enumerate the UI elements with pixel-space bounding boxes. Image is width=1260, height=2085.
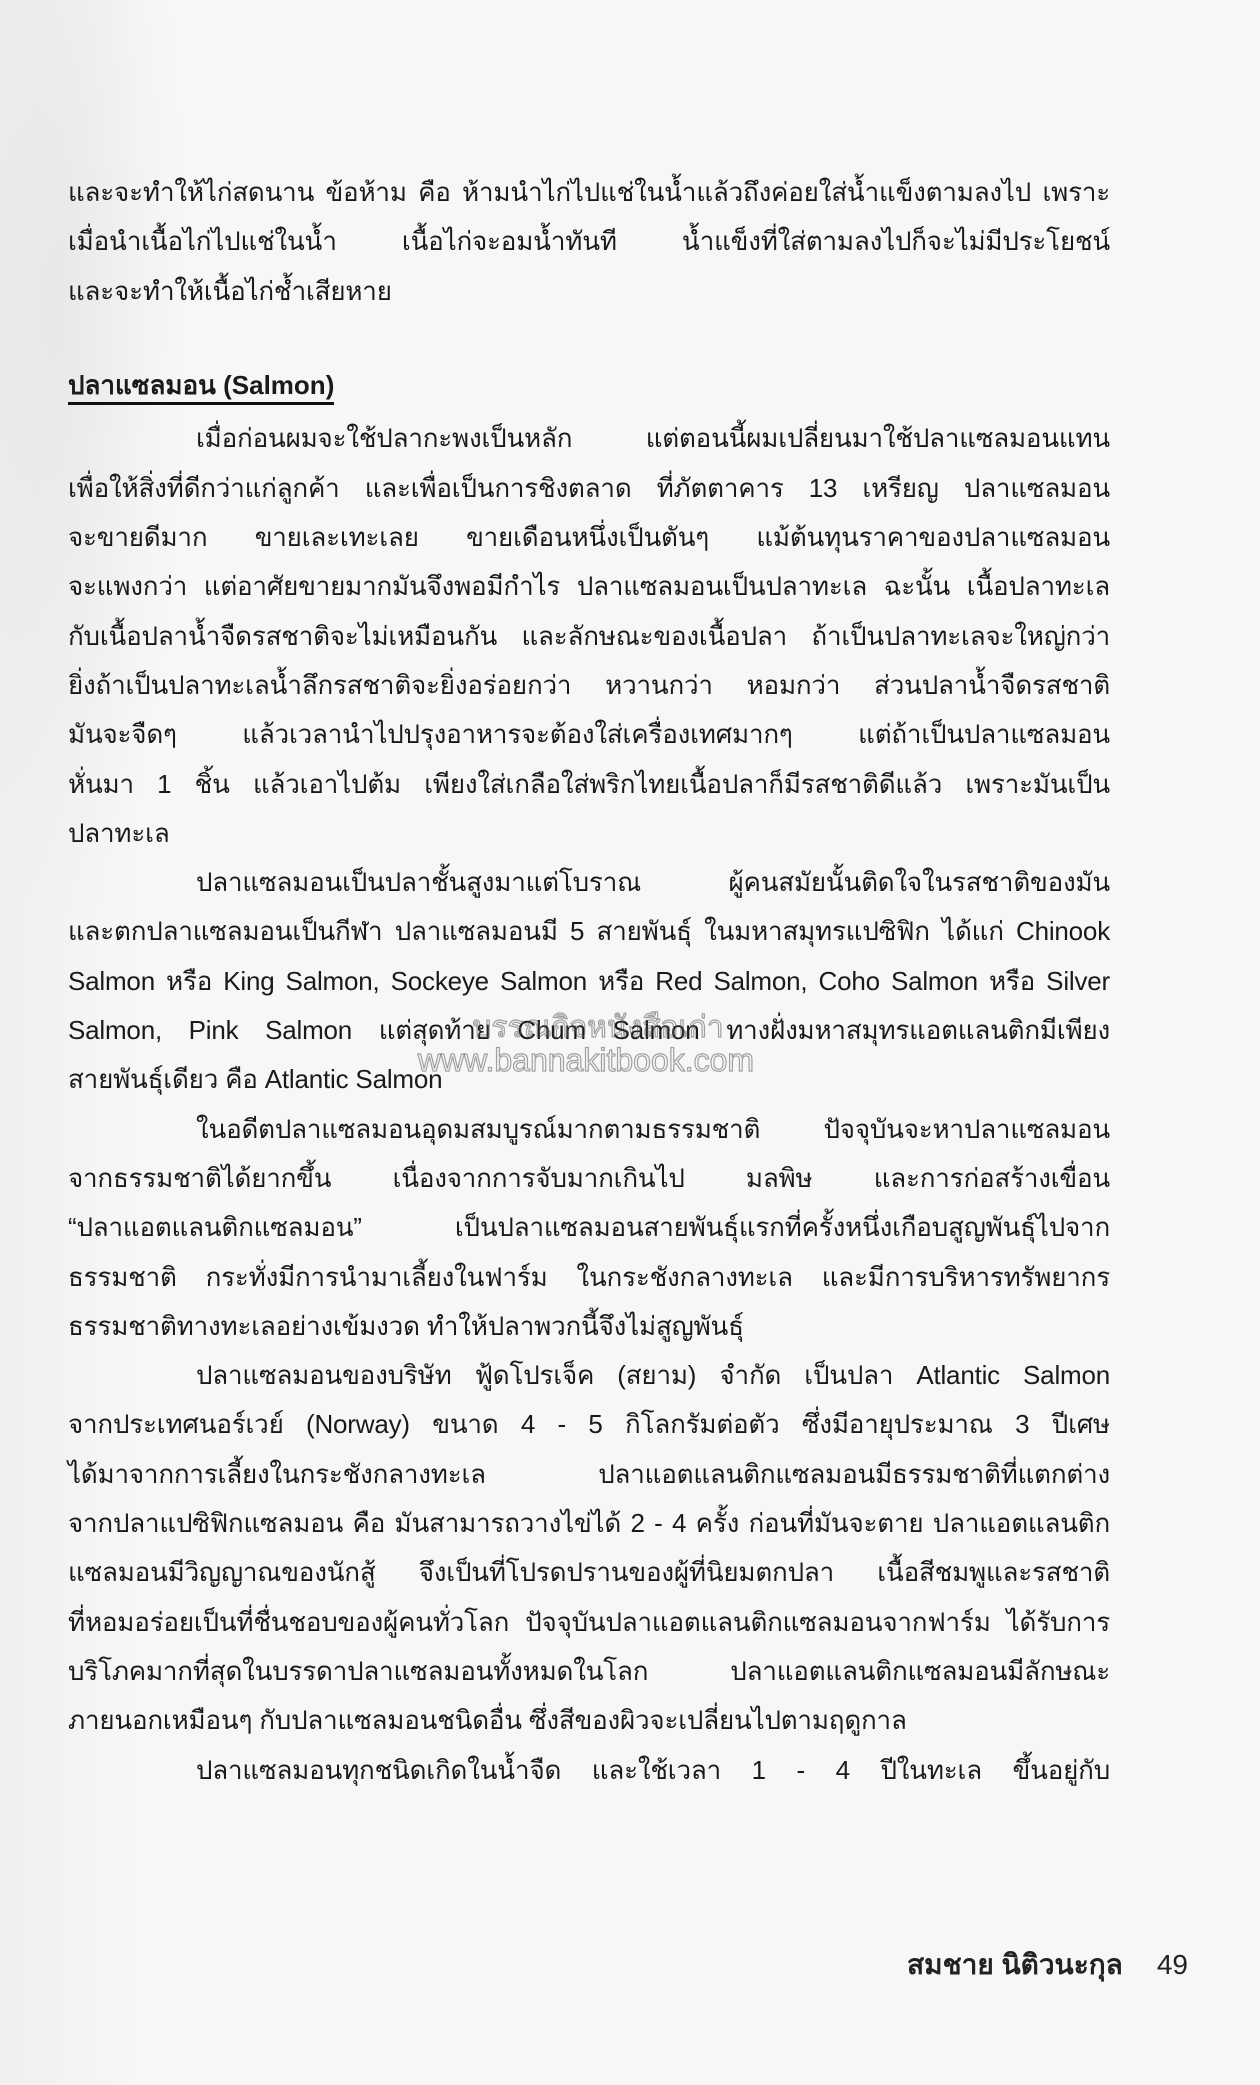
paragraph-line: ปลาแซลมอนทุกชนิดเกิดในน้ำจืด และใช้เวลา … bbox=[68, 1746, 1110, 1795]
paragraph-line: จากประเทศนอร์เวย์ (Norway) ขนาด 4 - 5 กิ… bbox=[68, 1400, 1110, 1449]
page-footer: สมชาย นิติวนะกุล 49 bbox=[907, 1943, 1188, 1987]
paragraph-line: ธรรมชาติทางทะเลอย่างเข้มงวด ทำให้ปลาพวกน… bbox=[68, 1302, 1110, 1351]
paragraph-line: จะขายดีมาก ขายเละเทะเลย ขายเดือนหนึ่งเป็… bbox=[68, 513, 1110, 562]
paragraph: ปลาแซลมอนเป็นปลาชั้นสูงมาแต่โบราณ ผู้คนส… bbox=[68, 858, 1110, 1104]
footer-author: สมชาย นิติวนะกุล bbox=[907, 1943, 1123, 1987]
paragraph: เมื่อก่อนผมจะใช้ปลากะพงเป็นหลัก แต่ตอนนี… bbox=[68, 414, 1110, 858]
paragraph: ในอดีตปลาแซลมอนอุดมสมบูรณ์มากตามธรรมชาติ… bbox=[68, 1105, 1110, 1351]
paragraph-line: จากปลาแปซิฟิกแซลมอน คือ มันสามารถวางไข่ไ… bbox=[68, 1499, 1110, 1548]
intro-line: และจะทำให้ไก่สดนาน ข้อห้าม คือ ห้ามนำไก่… bbox=[68, 168, 1110, 217]
paragraph-line: มันจะจืดๆ แล้วเวลานำไปปรุงอาหารจะต้องใส่… bbox=[68, 710, 1110, 759]
paragraph-line: และตกปลาแซลมอนเป็นกีฬา ปลาแซลมอนมี 5 สาย… bbox=[68, 907, 1110, 956]
intro-line: เมื่อนำเนื้อไก่ไปแช่ในน้ำ เนื้อไก่จะอมน้… bbox=[68, 217, 1110, 266]
paragraph-line: ยิ่งถ้าเป็นปลาทะเลน้ำลึกรสชาติจะยิ่งอร่อ… bbox=[68, 661, 1110, 710]
paragraph-line: ภายนอกเหมือนๆ กับปลาแซลมอนชนิดอื่น ซึ่งส… bbox=[68, 1696, 1110, 1745]
intro-line: และจะทำให้เนื้อไก่ช้ำเสียหาย bbox=[68, 267, 1110, 316]
paragraph-line: แซลมอนมีวิญญาณของนักสู้ จึงเป็นที่โปรดปร… bbox=[68, 1548, 1110, 1597]
page-body: และจะทำให้ไก่สดนาน ข้อห้าม คือ ห้ามนำไก่… bbox=[68, 168, 1110, 1795]
paragraph-line: ปลาแซลมอนของบริษัท ฟู้ดโปรเจ็ค (สยาม) จำ… bbox=[68, 1351, 1110, 1400]
paragraph-line: จากธรรมชาติได้ยากขึ้น เนื่องจากการจับมาก… bbox=[68, 1154, 1110, 1203]
paragraph-line: จะแพงกว่า แต่อาศัยขายมากมันจึงพอมีกำไร ป… bbox=[68, 562, 1110, 611]
paragraph-line: ธรรมชาติ กระทั่งมีการนำมาเลี้ยงในฟาร์ม ใ… bbox=[68, 1253, 1110, 1302]
paragraph-line: ได้มาจากการเลี้ยงในกระชังกลางทะเล ปลาแอต… bbox=[68, 1450, 1110, 1499]
paragraph-line: Salmon หรือ King Salmon, Sockeye Salmon … bbox=[68, 957, 1110, 1006]
paragraph-line: เมื่อก่อนผมจะใช้ปลากะพงเป็นหลัก แต่ตอนนี… bbox=[68, 414, 1110, 463]
paragraph-line: กับเนื้อปลาน้ำจืดรสชาติจะไม่เหมือนกัน แล… bbox=[68, 612, 1110, 661]
paragraph-line: เพื่อให้สิ่งที่ดีกว่าแก่ลูกค้า และเพื่อเ… bbox=[68, 464, 1110, 513]
paragraph-line: ปลาแซลมอนเป็นปลาชั้นสูงมาแต่โบราณ ผู้คนส… bbox=[68, 858, 1110, 907]
paragraph: ปลาแซลมอนทุกชนิดเกิดในน้ำจืด และใช้เวลา … bbox=[68, 1746, 1110, 1795]
section-heading: ปลาแซลมอน (Salmon) bbox=[68, 368, 334, 405]
spacer bbox=[68, 316, 1110, 365]
paragraph-line: สายพันธุ์เดียว คือ Atlantic Salmon bbox=[68, 1055, 1110, 1104]
paragraph-line: ในอดีตปลาแซลมอนอุดมสมบูรณ์มากตามธรรมชาติ… bbox=[68, 1105, 1110, 1154]
page-number: 49 bbox=[1157, 1949, 1188, 1981]
paragraph: ปลาแซลมอนของบริษัท ฟู้ดโปรเจ็ค (สยาม) จำ… bbox=[68, 1351, 1110, 1745]
paragraph-line: Salmon, Pink Salmon แต่สุดท้าย Chum Salm… bbox=[68, 1006, 1110, 1055]
paragraph-line: บริโภคมากที่สุดในบรรดาปลาแซลมอนทั้งหมดใน… bbox=[68, 1647, 1110, 1696]
paragraph-line: หั่นมา 1 ชิ้น แล้วเอาไปต้ม เพียงใส่เกลือ… bbox=[68, 760, 1110, 809]
paragraph-line: “ปลาแอตแลนติกแซลมอน” เป็นปลาแซลมอนสายพัน… bbox=[68, 1203, 1110, 1252]
section-heading-row: ปลาแซลมอน (Salmon) bbox=[68, 365, 1110, 414]
paragraph-line: ปลาทะเล bbox=[68, 809, 1110, 858]
paragraph-line: ที่หอมอร่อยเป็นที่ชื่นชอบของผู้คนทั่วโลก… bbox=[68, 1598, 1110, 1647]
